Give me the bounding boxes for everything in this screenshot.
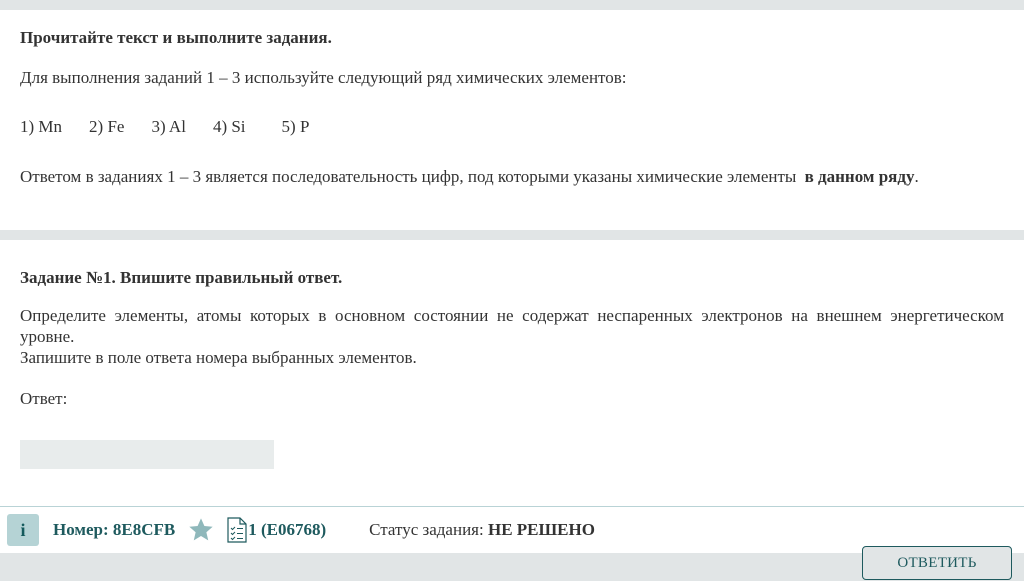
task-panel: Задание №1. Впишите правильный ответ. Оп…: [0, 240, 1024, 507]
status-label: Статус задания:: [369, 520, 484, 539]
element-item: 2) Fe: [89, 117, 124, 137]
variant-link[interactable]: 1 (E06768): [248, 520, 326, 540]
answer-note: Ответом в заданиях 1 – 3 является послед…: [20, 166, 1004, 187]
element-item: 4) Si: [213, 117, 246, 137]
action-bar: ОТВЕТИТЬ: [0, 553, 1024, 578]
answer-label: Ответ:: [20, 389, 1004, 409]
answer-input[interactable]: [20, 440, 274, 469]
status-value: НЕ РЕШЕНО: [488, 520, 595, 539]
element-item: 3) Al: [151, 117, 185, 137]
task-title: Задание №1. Впишите правильный ответ.: [20, 268, 1004, 288]
info-icon: i: [20, 520, 25, 541]
element-item: 5) P: [282, 117, 310, 137]
intro-title: Прочитайте текст и выполните задания.: [20, 28, 1004, 48]
elements-list: 1) Mn 2) Fe 3) Al 4) Si 5) P: [20, 117, 1004, 137]
task-instruction: Запишите в поле ответа номера выбранных …: [20, 347, 1004, 368]
task-number: Номер: 8E8CFB: [53, 520, 175, 540]
answer-note-suffix: .: [914, 167, 918, 186]
star-icon[interactable]: [187, 516, 215, 544]
task-description: Определите элементы, атомы которых в осн…: [20, 305, 1004, 347]
info-button[interactable]: i: [7, 514, 39, 546]
document-list-icon: [227, 517, 247, 543]
answer-note-emphasis: в данном ряду: [805, 167, 915, 186]
panel-divider: [0, 230, 1024, 240]
top-band: [0, 0, 1024, 10]
element-item: 1) Mn: [20, 117, 62, 137]
answer-note-text: Ответом в заданиях 1 – 3 является послед…: [20, 167, 796, 186]
submit-answer-button[interactable]: ОТВЕТИТЬ: [862, 546, 1012, 580]
task-status: Статус задания: НЕ РЕШЕНО: [369, 520, 595, 540]
intro-panel: Прочитайте текст и выполните задания. Дл…: [0, 10, 1024, 230]
intro-instruction: Для выполнения заданий 1 – 3 используйте…: [20, 67, 1004, 88]
